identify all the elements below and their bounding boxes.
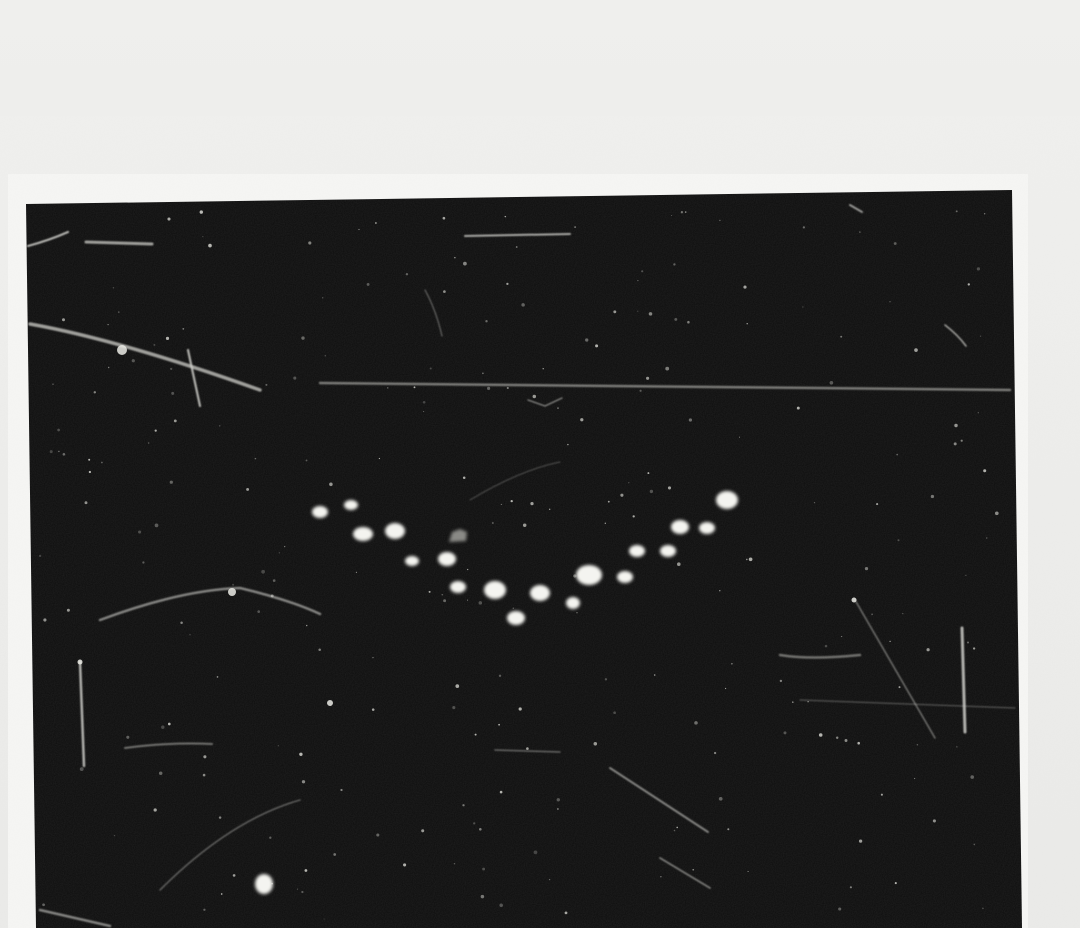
dust-speck [628,482,629,483]
dust-speck [302,780,305,783]
dust-speck [429,591,431,593]
dust-speck [608,501,610,503]
dust-speck [692,869,694,871]
dust-speck [481,895,484,898]
dust-speck [492,522,494,524]
dust-speck [613,711,616,714]
dust-speck [681,211,683,213]
dust-speck [523,523,526,526]
dust-speck [367,283,370,286]
dust-speck [649,312,653,316]
dust-speck [482,868,485,871]
dust-speck [965,575,966,576]
dust-speck [516,246,518,248]
dust-speck [850,886,852,888]
dust-speck [42,903,45,906]
dust-speck [894,242,897,245]
bright-speck [78,660,83,665]
dust-speck [565,912,568,915]
dust-speck [501,504,502,505]
dust-speck [441,594,443,596]
dust-speck [219,816,221,818]
dust-speck [475,734,477,736]
dust-speck [154,808,157,811]
dust-speck [462,804,464,806]
dust-speck [454,863,455,864]
dust-speck [513,608,514,609]
dust-speck [159,771,163,775]
dust-speck [301,336,304,339]
diffraction-spot [385,523,405,539]
dust-speck [132,359,135,362]
dust-speck [203,774,206,777]
dust-speck [797,407,800,410]
diffraction-spot [255,874,273,894]
dust-speck [613,310,616,313]
dust-speck [889,301,890,302]
dust-speck [857,742,860,745]
bright-speck [117,345,127,355]
dust-speck [57,429,60,432]
dust-speck [802,306,803,307]
dust-speck [202,236,203,237]
dust-speck [88,459,90,461]
dust-speck [80,767,84,771]
dust-speck [871,613,873,615]
dust-speck [52,384,53,385]
dust-speck [325,355,326,356]
dust-speck [219,425,220,426]
dust-speck [803,226,805,228]
dust-speck [358,229,359,230]
diffraction-spot [629,545,645,557]
dust-speck [899,686,901,688]
dust-speck [467,569,468,570]
dust-speck [660,876,661,877]
dust-speck [189,634,190,635]
dust-speck [113,287,115,289]
diffraction-spot [617,571,633,583]
dust-speck [983,469,986,472]
dust-speck [954,424,957,427]
dust-speck [995,511,999,515]
dust-speck [576,612,577,613]
dust-speck [668,486,671,489]
diffraction-spot [312,506,328,518]
dust-speck [521,303,525,307]
dust-speck [557,407,559,409]
dust-speck [153,344,155,346]
dust-speck [984,213,985,214]
dust-speck [549,509,550,510]
dust-speck [519,707,522,710]
dust-speck [499,904,503,908]
dust-speck [138,530,141,533]
dust-speck [902,613,903,614]
dust-speck [246,488,249,491]
dust-speck [605,678,607,680]
dust-speck [50,450,53,453]
dust-speck [306,459,308,461]
dust-speck [845,739,848,742]
dust-speck [482,372,484,374]
dust-speck [63,453,66,456]
dust-speck [455,684,459,688]
diffraction-spot [576,565,602,585]
dust-speck [665,367,669,371]
dust-speck [372,708,375,711]
dust-speck [967,642,969,644]
dust-speck [114,835,115,836]
dust-speck [217,676,219,678]
dust-speck [443,217,446,220]
dust-speck [506,283,508,285]
dust-speck [403,863,406,866]
dust-speck [895,882,897,884]
dust-speck [171,392,174,395]
dust-speck [174,420,177,423]
diffraction-spot [660,545,676,557]
dust-speck [896,454,898,456]
dust-speck [931,495,934,498]
diffraction-spot [530,585,550,601]
dust-speck [694,721,698,725]
diffraction-spot [671,520,689,534]
dust-speck [58,451,59,452]
dust-speck [954,442,957,445]
dust-speck [208,244,212,248]
diffraction-spot [450,581,466,593]
dust-speck [973,844,975,846]
dust-speck [956,746,957,747]
diffraction-spot [716,491,738,509]
dust-speck [897,539,899,541]
diffraction-spot [405,556,419,566]
dust-speck [889,641,890,642]
dust-speck [986,537,987,538]
dust-speck [269,837,271,839]
dust-speck [567,444,568,445]
dust-speck [155,430,157,432]
scanned-page [0,0,1080,928]
photographic-plate [0,0,1080,928]
dust-speck [876,503,878,505]
dust-speck [233,874,236,877]
dust-speck [108,367,109,368]
dust-speck [534,851,538,855]
dust-speck [674,830,676,832]
dust-speck [85,501,88,504]
dust-speck [914,348,918,352]
dust-speck [293,377,296,380]
dust-speck [107,324,108,325]
dust-speck [859,232,860,233]
dust-speck [297,889,298,890]
streak [86,242,152,244]
dust-speck [549,879,550,880]
dust-speck [479,601,483,605]
dust-speck [454,257,455,258]
dust-speck [526,747,529,750]
dust-speck [830,381,834,385]
dust-speck [170,368,172,370]
dust-speck [836,736,838,738]
dust-speck [305,869,308,872]
dust-speck [340,789,342,791]
dust-speck [674,318,677,321]
dust-speck [203,909,205,911]
dust-speck [574,226,576,228]
dust-speck [650,490,653,493]
dust-speck [654,674,656,676]
dust-speck [807,701,808,702]
dust-speck [101,462,103,464]
dust-speck [982,908,984,910]
dust-speck [926,648,929,651]
dust-speck [727,828,729,830]
dust-speck [118,311,119,312]
dust-speck [865,567,868,570]
dust-speck [973,647,975,649]
dust-speck [261,570,265,574]
dust-speck [719,220,720,221]
dust-speck [180,621,183,624]
dust-speck [182,328,184,330]
bright-speck [852,598,857,603]
bright-speck [228,588,236,596]
dust-speck [406,273,408,275]
dust-speck [463,262,467,266]
dust-speck [322,297,323,298]
dust-speck [671,215,672,216]
dust-speck [840,336,842,338]
dust-speck [605,523,606,524]
dust-speck [443,290,446,293]
dust-speck [749,557,753,561]
dust-speck [970,775,974,779]
dust-speck [423,401,426,404]
dust-speck [467,600,468,601]
dust-speck [375,222,377,224]
dust-speck [452,706,455,709]
dust-speck [308,241,311,244]
dust-speck [819,733,823,737]
bright-speck [327,700,333,706]
dust-speck [126,736,129,739]
dust-speck [324,918,325,919]
dust-speck [573,574,576,577]
dust-speck [557,798,560,801]
dust-speck [372,657,373,658]
dust-speck [673,263,675,265]
dust-speck [278,745,279,746]
dust-speck [148,442,149,443]
dust-speck [838,907,841,910]
dust-speck [498,724,500,726]
dust-speck [273,579,276,582]
dust-speck [161,726,164,729]
dust-speck [255,458,257,460]
dust-speck [167,217,170,220]
dust-speck [387,387,389,389]
dust-speck [881,794,883,796]
dust-speck [473,822,475,824]
dust-speck [585,338,588,341]
dust-speck [356,572,357,573]
diffraction-spot [566,597,580,609]
dust-speck [306,625,307,626]
dust-speck [641,270,643,272]
dust-speck [977,267,980,270]
dust-speck [479,828,482,831]
dust-speck [646,377,649,380]
dust-speck [333,853,336,856]
dust-speck [284,546,285,547]
dust-speck [203,755,206,758]
dust-speck [414,386,416,388]
dust-speck [507,387,509,389]
diffraction-spot [353,527,373,541]
dust-speck [633,515,635,517]
dust-speck [739,437,740,438]
diffraction-spot [507,611,525,625]
dust-speck [166,337,169,340]
dust-speck [580,418,583,421]
dust-speck [689,418,692,421]
diffraction-spot [438,552,456,566]
dust-speck [748,871,749,872]
dust-speck [637,311,638,312]
dust-speck [914,778,915,779]
dust-speck [463,477,466,480]
dust-speck [961,440,963,442]
dust-speck [685,211,687,213]
dust-speck [487,387,490,390]
dust-speck [301,891,303,893]
dust-speck [485,320,487,322]
dust-speck [94,391,96,393]
dust-speck [511,500,513,502]
dust-speck [933,819,936,822]
dust-speck [719,590,720,591]
dust-speck [500,791,503,794]
dust-speck [980,336,981,337]
diffraction-spot [344,500,358,510]
dust-speck [746,559,748,561]
dust-speck [714,752,716,754]
dust-speck [200,210,203,213]
dust-speck [747,323,748,324]
diffraction-spot [484,581,506,599]
dust-speck [376,833,379,836]
dust-speck [543,368,544,369]
dust-speck [299,753,302,756]
dust-speck [533,395,536,398]
dust-speck [39,555,41,557]
dust-speck [595,344,598,347]
dust-speck [784,731,787,734]
dust-speck [731,663,733,665]
dust-speck [917,744,918,745]
dust-speck [257,610,260,613]
dust-speck [271,594,274,597]
dust-speck [637,280,638,281]
dust-speck [780,680,782,682]
dust-speck [155,524,159,528]
dust-speck [677,562,681,566]
dust-speck [505,216,506,217]
dust-speck [423,411,424,412]
dust-speck [825,645,828,648]
dust-speck [956,210,958,212]
dust-speck [430,367,432,369]
dust-speck [221,893,223,895]
dust-speck [168,723,171,726]
dust-speck [67,609,70,612]
dust-speck [62,318,65,321]
dust-speck [978,412,979,413]
dust-speck [530,502,533,505]
dust-speck [43,618,46,621]
dust-speck [725,688,726,689]
dust-speck [792,701,794,703]
dust-speck [318,649,321,652]
dust-speck [557,808,559,810]
dust-speck [841,636,842,637]
dust-speck [719,797,723,801]
dust-speck [279,552,280,553]
dust-speck [676,827,678,829]
dust-speck [329,483,333,487]
dust-speck [647,472,649,474]
dust-speck [142,561,144,563]
dust-speck [687,321,690,324]
dust-speck [859,839,862,842]
dust-speck [170,481,173,484]
dust-speck [814,502,815,503]
dust-speck [89,471,91,473]
diffraction-spot [699,522,715,534]
dust-speck [594,742,598,746]
dust-speck [379,458,380,459]
dust-speck [743,286,746,289]
dust-speck [232,584,234,586]
dust-speck [421,829,424,832]
dust-speck [620,494,623,497]
dust-speck [499,675,501,677]
dust-speck [443,599,446,602]
dust-speck [639,390,641,392]
dust-speck [265,384,267,386]
dust-speck [968,283,970,285]
